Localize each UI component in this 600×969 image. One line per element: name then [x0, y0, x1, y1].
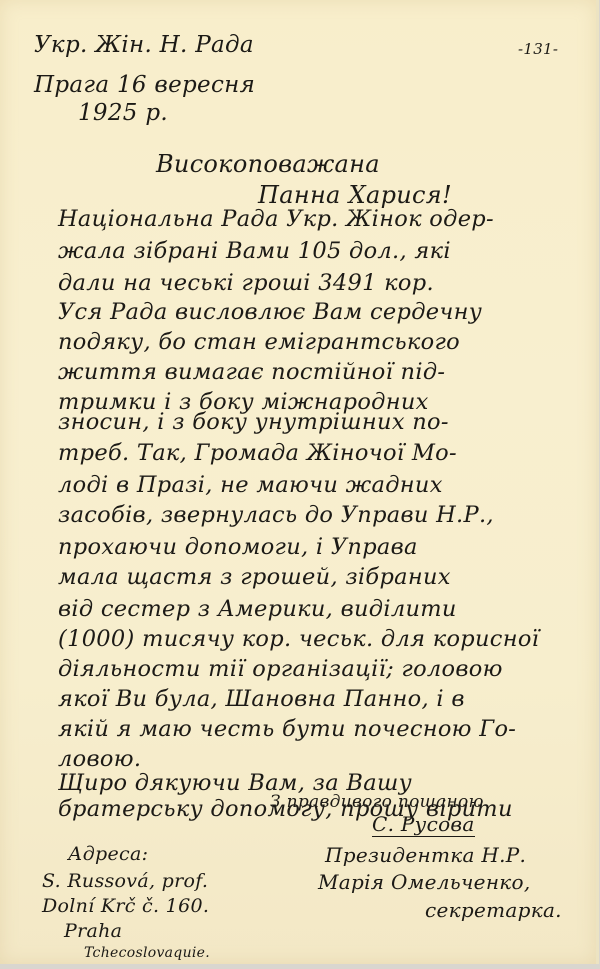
body-line: подяку, бо стан емігрантського: [58, 329, 460, 355]
body-line: діяльности тії організації; головою: [58, 656, 503, 682]
header-place-date: Прага 16 вересня: [34, 72, 255, 98]
letter-page: -131- Укр. Жін. Н. Рада Прага 16 вересня…: [0, 0, 599, 964]
body-line: мала щастя з грошей, зібраних: [58, 564, 451, 590]
body-line: треб. Так, Громада Жіночої Мо-: [58, 440, 457, 466]
president-title: Президентка Н.Р.: [325, 843, 526, 867]
body-line: якій я маю честь бути почесною Го-: [58, 716, 516, 742]
address-label: Адреса:: [68, 843, 148, 865]
salutation-line2: Панна Харися!: [258, 181, 452, 209]
body-line: ловою.: [58, 746, 141, 772]
body-line: засобів, звернулась до Управи Н.Р.,: [58, 502, 494, 528]
page-number: -131-: [518, 40, 558, 58]
secretary-name: Марія Омельченко,: [318, 870, 531, 894]
signature: С. Русова: [372, 812, 475, 837]
body-line: прохаючи допомоги, і Управа: [58, 534, 418, 560]
body-line: життя вимагає постійної під-: [58, 359, 445, 385]
closing-phrase-visible: З правдивого пошаною: [270, 792, 484, 812]
header-organization: Укр. Жін. Н. Рада: [34, 32, 254, 58]
body-line: лоді в Празі, не маючи жадних: [58, 472, 443, 498]
address-line1: S. Russová, prof.: [42, 870, 208, 892]
body-line: Уся Рада висловлює Вам сердечну: [58, 299, 482, 325]
header-year: 1925 р.: [78, 100, 168, 126]
body-line: (1000) тисячу кор. чеськ. для корисної: [58, 626, 539, 652]
address-line2: Dolní Krč č. 160.: [42, 895, 209, 917]
body-line: дали на чеські гроші 3491 кор.: [58, 270, 434, 296]
body-line: якої Ви була, Шановна Панно, і в: [58, 686, 465, 712]
body-line: Національна Рада Укр. Жінок одер-: [58, 206, 494, 232]
secretary-title: секретарка.: [425, 898, 562, 922]
body-line: жала зібрані Вами 105 дол., які: [58, 238, 451, 264]
salutation-line1: Високоповажана: [156, 150, 380, 178]
body-line: від сестер з Америки, виділити: [58, 596, 457, 622]
address-country: Tchecoslovaquie.: [84, 945, 210, 961]
address-city: Praha: [64, 920, 122, 942]
body-line: зносин, і з боку унутрішних по-: [58, 409, 449, 435]
